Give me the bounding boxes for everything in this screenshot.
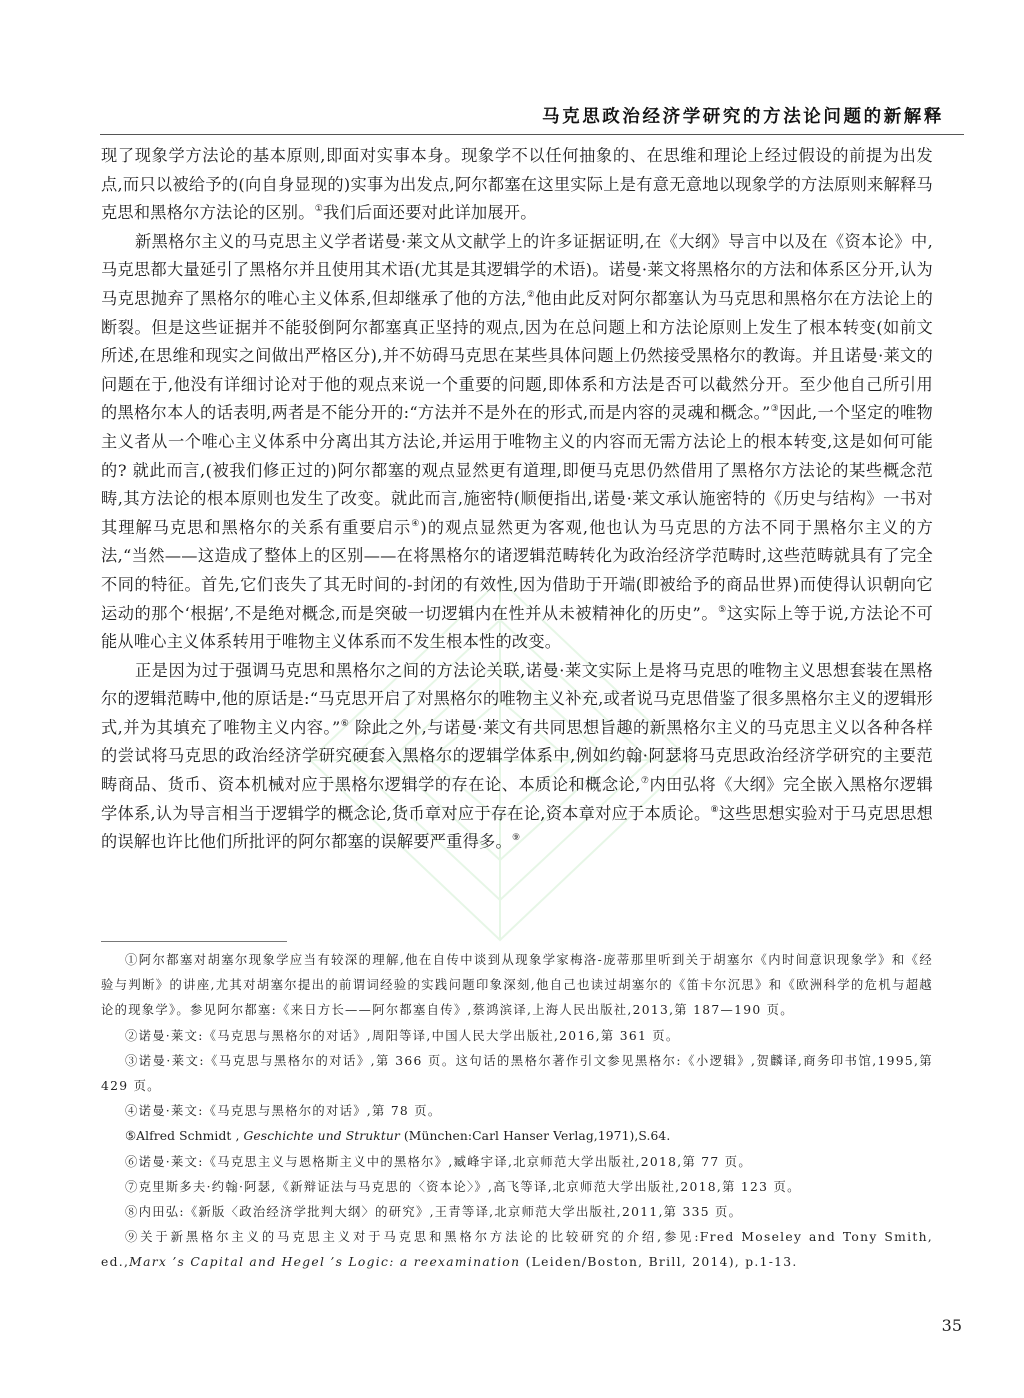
footnote-ref[interactable]: ⑧ [710,805,718,815]
footnote-ref[interactable]: ③ [771,404,779,414]
footnote: ④诺曼·莱文:《马克思与黑格尔的对话》,第 78 页。 [101,1099,933,1124]
main-text: 现了现象学方法论的基本原则,即面对实事本身。现象学不以任何抽象的、在思维和理论上… [101,142,933,857]
footnote: ②诺曼·莱文:《马克思与黑格尔的对话》,周阳等译,中国人民大学出版社,2016,… [101,1024,933,1049]
footnote: ③诺曼·莱文:《马克思与黑格尔的对话》,第 366 页。这句话的黑格尔著作引文参… [101,1049,933,1099]
text-run: ③诺曼·莱文:《马克思与黑格尔的对话》,第 366 页。这句话的黑格尔著作引文参… [101,1054,933,1093]
footnote: ①阿尔都塞对胡塞尔现象学应当有较深的理解,他在自传中谈到从现象学家梅洛-庞蒂那里… [101,948,933,1024]
footnote: ⑧内田弘:《新版〈政治经济学批判大纲〉的研究》,王青等译,北京师范大学出版社,2… [101,1200,933,1225]
footnote-ref[interactable]: ① [315,204,323,214]
footnote-ref[interactable]: ② [527,290,536,300]
paragraph: 正是因为过于强调马克思和黑格尔之间的方法论关联,诺曼·莱文实际上是将马克思的唯物… [101,657,933,857]
italic-title: Marx ’s Capital and Hegel ’s Logic: a re… [129,1255,520,1269]
footnote: ⑥诺曼·莱文:《马克思主义与恩格斯主义中的黑格尔》,臧峰宇译,北京师范大学出版社… [101,1150,933,1175]
text-run: ⑤Alfred Schmidt , [125,1129,244,1143]
footnote: ⑨关于新黑格尔主义的马克思主义对于马克思和黑格尔方法论的比较研究的介绍,参见:F… [101,1225,933,1275]
page-number: 35 [942,1316,962,1335]
paragraph: 新黑格尔主义的马克思主义学者诺曼·莱文从文献学上的许多证据证明,在《大纲》导言中… [101,228,933,657]
text-run: 我们后面还要对此详加展开。 [323,203,537,222]
footnote-ref[interactable]: ⑥ [341,719,350,729]
running-head: 马克思政治经济学研究的方法论问题的新解释 [100,100,964,135]
text-run: ④诺曼·莱文:《马克思与黑格尔的对话》,第 78 页。 [125,1104,441,1118]
footnote-ref[interactable]: ⑨ [512,833,520,843]
text-run: ⑦克里斯多夫·约翰·阿瑟,《新辩证法与马克思的〈资本论〉》,高飞等译,北京师范大… [125,1180,801,1194]
text-run: ①阿尔都塞对胡塞尔现象学应当有较深的理解,他在自传中谈到从现象学家梅洛-庞蒂那里… [101,953,933,1017]
text-run: (Leiden/Boston, Brill, 2014), p.1-13. [520,1255,797,1269]
text-run: (München:Carl Hanser Verlag,1971),S.64. [400,1129,671,1143]
footnote-divider [101,941,287,942]
text-run: ⑥诺曼·莱文:《马克思主义与恩格斯主义中的黑格尔》,臧峰宇译,北京师范大学出版社… [125,1155,752,1169]
text-run: ②诺曼·莱文:《马克思与黑格尔的对话》,周阳等译,中国人民大学出版社,2016,… [125,1029,679,1043]
footnote-ref[interactable]: ⑤ [718,605,727,615]
paragraph: 现了现象学方法论的基本原则,即面对实事本身。现象学不以任何抽象的、在思维和理论上… [101,142,933,228]
text-run: 因此,一个坚定的唯物主义者从一个唯心主义体系中分离出其方法论,并运用于唯物主义的… [101,403,933,536]
text-run: ⑧内田弘:《新版〈政治经济学批判大纲〉的研究》,王青等译,北京师范大学出版社,2… [125,1205,742,1219]
footnote: ⑤Alfred Schmidt , Geschichte und Struktu… [101,1124,933,1149]
footnote: ⑦克里斯多夫·约翰·阿瑟,《新辩证法与马克思的〈资本论〉》,高飞等译,北京师范大… [101,1175,933,1200]
running-title: 马克思政治经济学研究的方法论问题的新解释 [542,103,944,128]
italic-title: Geschichte und Struktur [244,1129,400,1143]
footnotes: ①阿尔都塞对胡塞尔现象学应当有较深的理解,他在自传中谈到从现象学家梅洛-庞蒂那里… [101,948,933,1276]
